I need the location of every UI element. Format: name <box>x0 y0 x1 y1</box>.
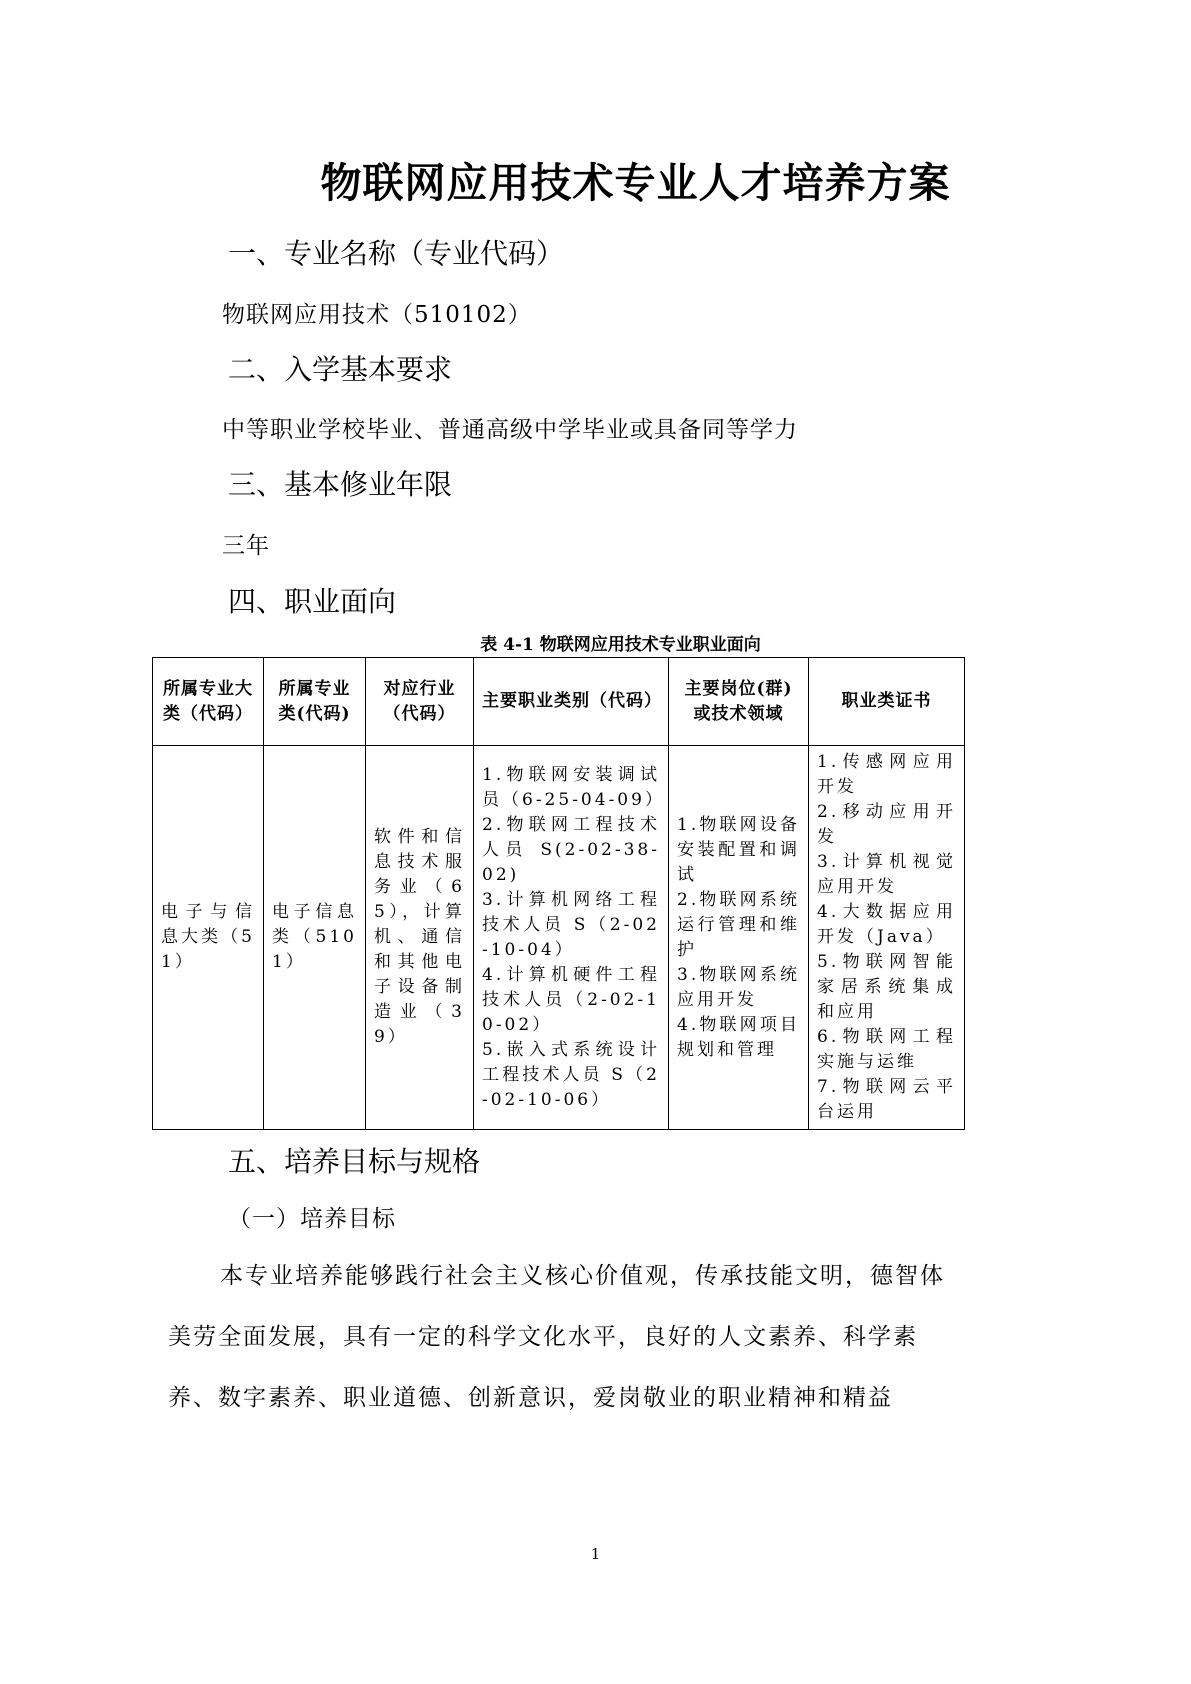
table-caption: 表 4-1 物联网应用技术专业职业面向 <box>0 630 1191 655</box>
position-item: 3.物联网系统应用开发 <box>677 963 800 1013</box>
header-certificates: 职业类证书 <box>809 658 965 746</box>
table-header-row: 所属专业大类（代码） 所属专业类(代码) 对应行业（代码） 主要职业类别（代码）… <box>153 658 965 746</box>
certificate-item: 2.移动应用开发 <box>817 800 956 850</box>
section-heading-5: 五、培养目标与规格 <box>228 1140 480 1180</box>
body-paragraph: 本专业培养能够践行社会主义核心价值观，传承技能文明，德智体美劳全面发展，具有一定… <box>168 1246 948 1429</box>
section-content-2: 中等职业学校毕业、普通高级中学毕业或具备同等学力 <box>222 411 798 444</box>
header-positions: 主要岗位(群)或技术领域 <box>669 658 809 746</box>
certificate-item: 4.大数据应用开发（Java） <box>817 900 956 950</box>
certificate-item: 6.物联网工程实施与运维 <box>817 1025 956 1075</box>
cell-industry: 软件和信息技术服务业（65），计算机、通信和其他电子设备制造业（39） <box>366 746 474 1130</box>
certificate-item: 1.传感网应用开发 <box>817 750 956 800</box>
section-heading-4: 四、职业面向 <box>228 580 396 620</box>
document-title: 物联网应用技术专业人才培养方案 <box>0 150 1191 209</box>
certificate-item: 7.物联网云平台运用 <box>817 1075 956 1125</box>
cell-category: 电子与信息大类（51） <box>153 746 264 1130</box>
table-row: 电子与信息大类（51） 电子信息类（5101） 软件和信息技术服务业（65），计… <box>153 746 965 1130</box>
subsection-heading: （一）培养目标 <box>228 1200 396 1233</box>
occupation-item: 5.嵌入式系统设计工程技术人员 S（2-02-10-06） <box>482 1038 660 1113</box>
cell-subcategory: 电子信息类（5101） <box>264 746 366 1130</box>
page-number: 1 <box>0 1545 1191 1563</box>
certificate-item: 3.计算机视觉应用开发 <box>817 850 956 900</box>
section-content-1: 物联网应用技术（510102） <box>222 296 532 329</box>
header-subcategory: 所属专业类(代码) <box>264 658 366 746</box>
header-occupations: 主要职业类别（代码） <box>474 658 669 746</box>
occupation-item: 1.物联网安装调试员（6-25-04-09） <box>482 763 660 813</box>
section-heading-2: 二、入学基本要求 <box>228 348 452 388</box>
cell-occupations: 1.物联网安装调试员（6-25-04-09） 2.物联网工程技术人员 S(2-0… <box>474 746 669 1130</box>
position-item: 4.物联网项目规划和管理 <box>677 1013 800 1063</box>
certificate-item: 5.物联网智能家居系统集成和应用 <box>817 950 956 1025</box>
position-item: 2.物联网系统运行管理和维护 <box>677 888 800 963</box>
occupation-item: 4.计算机硬件工程技术人员（2-02-10-02） <box>482 963 660 1038</box>
section-content-3: 三年 <box>222 527 270 560</box>
header-industry: 对应行业（代码） <box>366 658 474 746</box>
header-category: 所属专业大类（代码） <box>153 658 264 746</box>
cell-certificates: 1.传感网应用开发 2.移动应用开发 3.计算机视觉应用开发 4.大数据应用开发… <box>809 746 965 1130</box>
cell-positions: 1.物联网设备安装配置和调试 2.物联网系统运行管理和维护 3.物联网系统应用开… <box>669 746 809 1130</box>
occupation-item: 3.计算机网络工程技术人员 S（2-02-10-04） <box>482 888 660 963</box>
section-heading-1: 一、专业名称（专业代码） <box>228 232 564 272</box>
section-heading-3: 三、基本修业年限 <box>228 463 452 503</box>
occupation-table: 所属专业大类（代码） 所属专业类(代码) 对应行业（代码） 主要职业类别（代码）… <box>152 657 965 1130</box>
position-item: 1.物联网设备安装配置和调试 <box>677 813 800 888</box>
occupation-item: 2.物联网工程技术人员 S(2-02-38-02) <box>482 813 660 888</box>
